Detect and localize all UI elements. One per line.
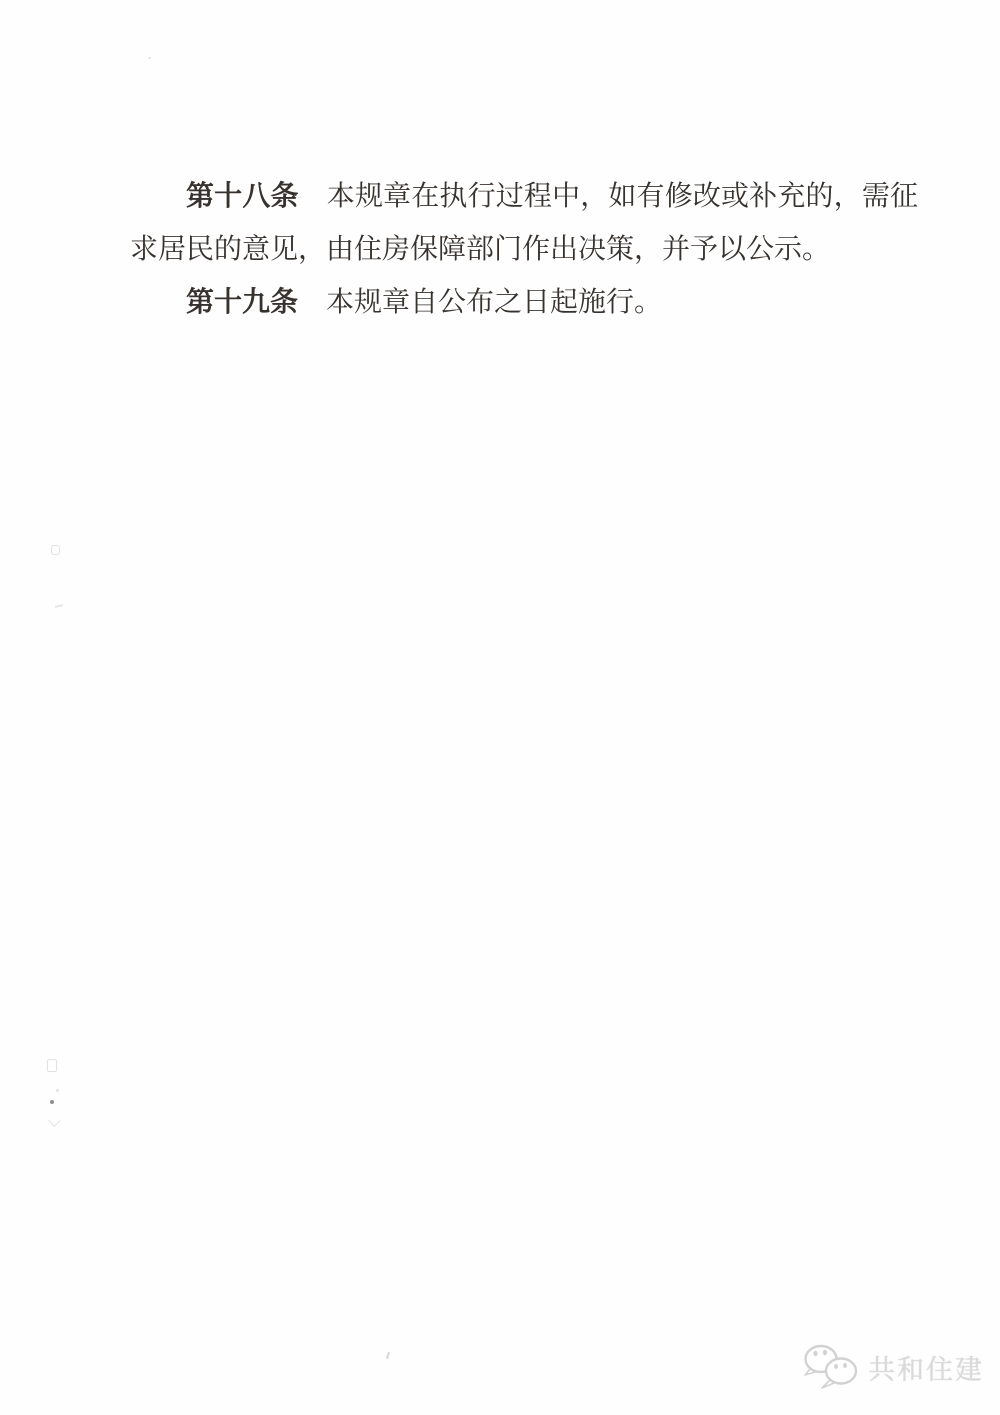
scan-speck <box>50 1100 54 1104</box>
scan-speck <box>48 1114 61 1127</box>
scan-speck <box>47 1059 57 1072</box>
scan-speck <box>386 1352 390 1359</box>
clause-term: 第十九条 <box>186 287 298 318</box>
document-text-block: 第十八条 本规章在执行过程中，如有修改或补充的，需征求居民的意见，由住房保障部门… <box>130 170 918 329</box>
scan-speck <box>51 545 60 555</box>
scanned-document-page: 第十八条 本规章在执行过程中，如有修改或补充的，需征求居民的意见，由住房保障部门… <box>0 0 1000 1415</box>
scan-speck <box>148 57 151 59</box>
clause-body: 本规章自公布之日起施行。 <box>298 287 662 318</box>
scan-speck <box>56 1089 59 1092</box>
wechat-icon <box>801 1343 861 1391</box>
clause-paragraph: 第十九条 本规章自公布之日起施行。 <box>130 276 918 329</box>
clause-paragraph: 第十八条 本规章在执行过程中，如有修改或补充的，需征求居民的意见，由住房保障部门… <box>130 170 918 276</box>
watermark: 共和住建 <box>801 1343 984 1391</box>
clause-term: 第十八条 <box>186 181 299 212</box>
scan-speck <box>55 604 63 608</box>
watermark-label: 共和住建 <box>868 1348 984 1387</box>
